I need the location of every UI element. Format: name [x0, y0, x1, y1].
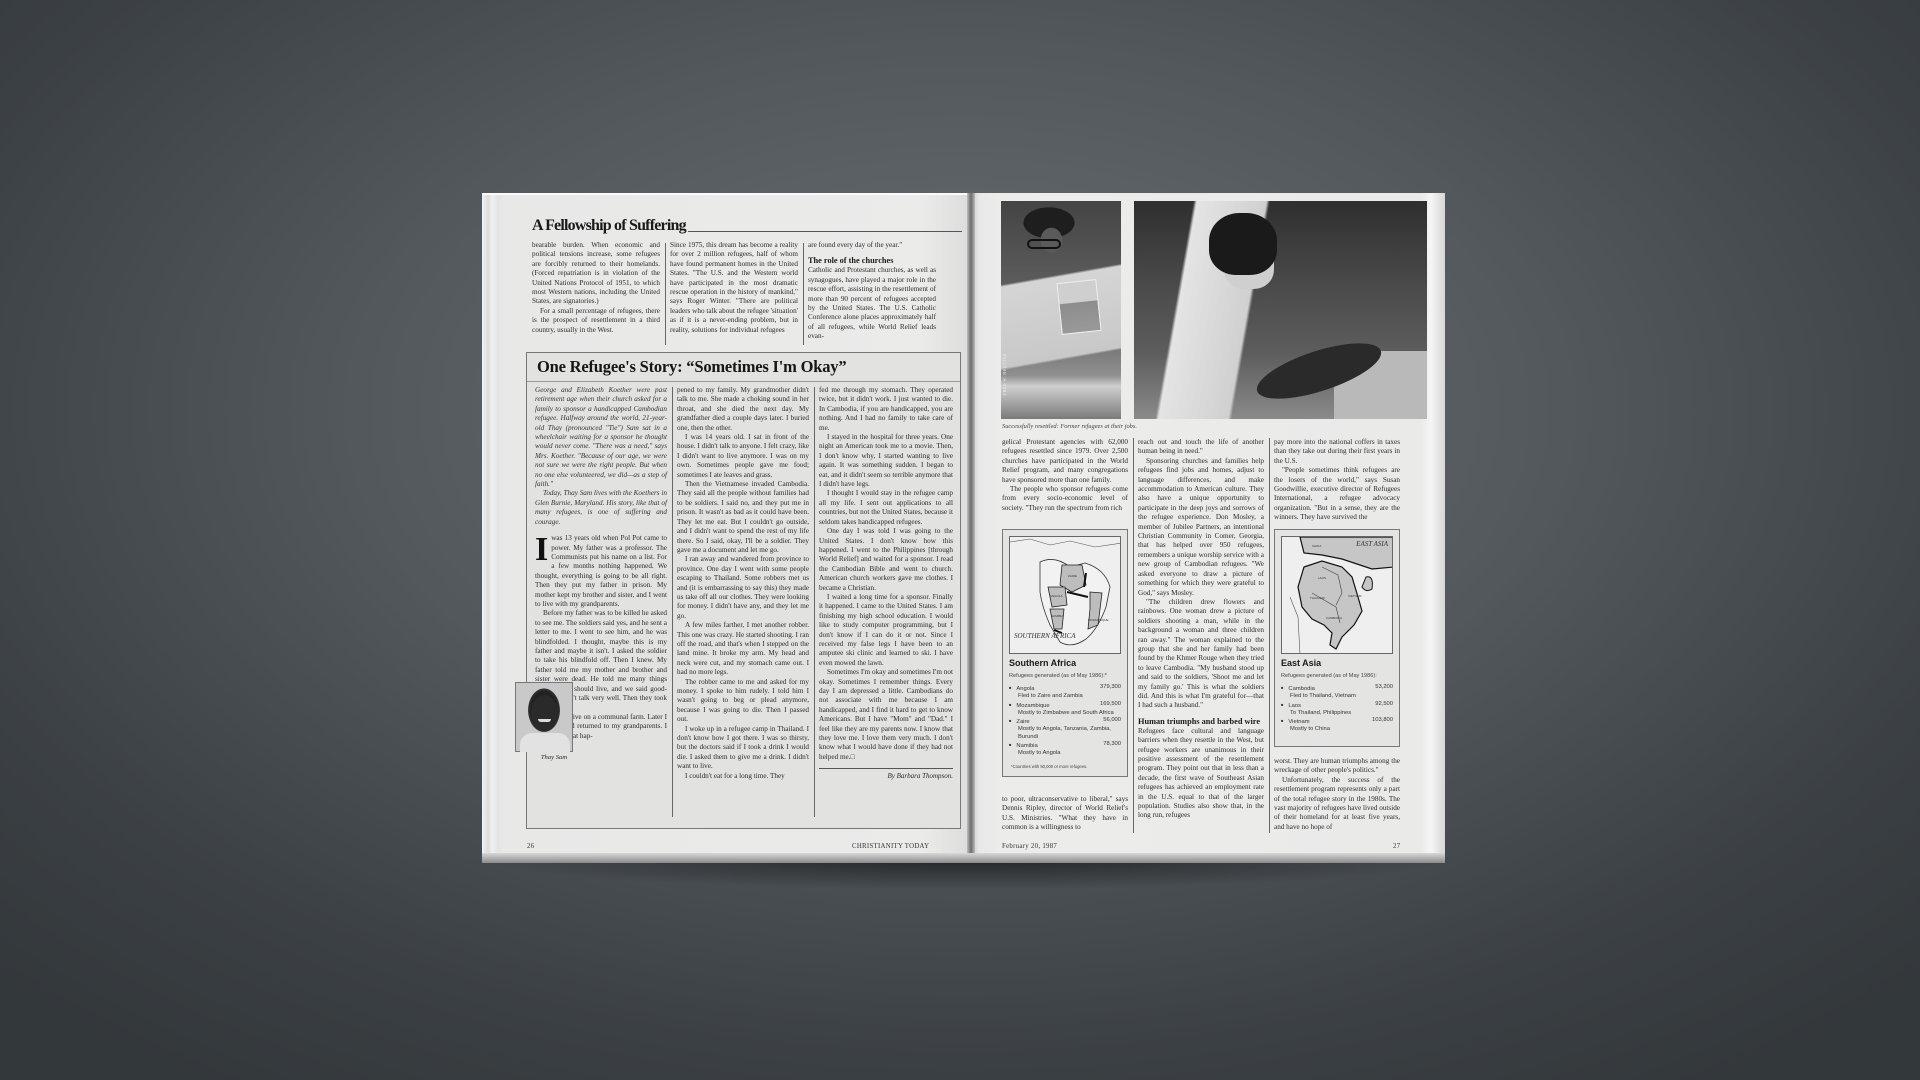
country: Mozambique	[1009, 701, 1050, 710]
story-paragraph: I stayed in the hospital for three years…	[819, 433, 953, 489]
refugee-list-item: Laos92,500To Thailand, Philippines	[1281, 701, 1393, 718]
map-label: EAST ASIA	[1356, 540, 1388, 548]
story-paragraph: I waited a long time for a sponsor. Fina…	[819, 593, 953, 668]
byline-rule	[819, 768, 953, 769]
story-paragraph: I ran away and wandered from province to…	[677, 555, 809, 621]
right-column-1-bottom: to poor, ultraconservative to liberal," …	[1002, 795, 1128, 833]
story-paragraph: Sometimes I'm okay and sometimes I'm not…	[819, 668, 953, 762]
right-column-1-top: gelical Protestant agencies with 62,000 …	[1002, 438, 1128, 513]
page-edge	[482, 853, 1445, 863]
count: 53,200	[1375, 684, 1393, 693]
paragraph: For a small percentage of refugees, ther…	[532, 307, 660, 335]
map-box-subtitle: Refugees generated (as of May 1986):	[1281, 673, 1377, 679]
issue-date: February 20, 1987	[1002, 843, 1057, 850]
refugee-list-item: Cambodia53,200Fled to Thailand, Vietnam	[1281, 684, 1393, 701]
sidebar-headline: One Refugee's Story: “Sometimes I'm Okay…	[537, 357, 846, 377]
photo-smile	[538, 719, 551, 722]
photo-jar	[1056, 279, 1101, 335]
photo-credit: FRED W. HEUTTER	[1002, 353, 1007, 395]
destination: Mostly to China	[1281, 726, 1393, 733]
paragraph: bearable burden. When economic and polit…	[532, 241, 660, 307]
paragraph: pay more into the national coffers in ta…	[1274, 438, 1400, 466]
sidebar-rule	[527, 381, 960, 382]
story-paragraph: I woke up in a refugee camp in Thailand.…	[677, 725, 809, 772]
southern-africa-map-box: ZAIRE ANGOLA NAMIBIA MOZAMBIQUE SOUTHERN…	[1002, 529, 1128, 777]
sidebar-column-2: pened to my family. My grandmother didn'…	[677, 386, 809, 781]
svg-text:ZAIRE: ZAIRE	[1068, 574, 1077, 578]
map-label: SOUTHERN AFRICA	[1014, 633, 1076, 640]
paragraph: are found every day of the year."	[808, 241, 936, 250]
intro-paragraph: George and Elizabeth Koether were past r…	[535, 386, 667, 489]
refugee-list-item: Vietnam103,800Mostly to China	[1281, 717, 1393, 734]
column-divider	[803, 243, 804, 345]
paragraph: to poor, ultraconservative to liberal," …	[1002, 795, 1128, 833]
magazine-spine	[967, 193, 975, 863]
east-asia-map: CHINA LAOS THAILAND VIETNAM CAMBODIA EAS…	[1281, 536, 1393, 654]
column-divider	[672, 387, 673, 817]
svg-text:LAOS: LAOS	[1318, 576, 1326, 580]
story-paragraph: The robber came to me and asked for my m…	[677, 678, 809, 725]
paragraph: Unfortunately, the success of the resett…	[1274, 776, 1400, 832]
magazine-name: CHRISTIANITY TODAY	[852, 843, 929, 850]
right-page: FRED W. HEUTTER Successfully resettled: …	[971, 193, 1445, 863]
country: Namibia	[1009, 741, 1038, 750]
svg-text:CAMBODIA: CAMBODIA	[1326, 616, 1342, 620]
story-paragraph: Then the Vietnamese invaded Cambodia. Th…	[677, 480, 809, 555]
paragraph: Catholic and Protestant churches, as wel…	[808, 266, 936, 341]
sidebar-column-3: fed me through my stomach. They operated…	[819, 386, 953, 782]
refugee-list-item: Angola379,300Fled to Zaire and Zambia	[1009, 684, 1121, 701]
story-paragraph: I was 13 years old when Pol Pot came to …	[535, 534, 667, 609]
column-divider	[665, 243, 666, 345]
refugee-list-item: Mozambique169,500Mostly to Zimbabwe and …	[1009, 701, 1121, 718]
country: Zaire	[1009, 717, 1030, 726]
destination: Fled to Thailand, Vietnam	[1281, 693, 1393, 700]
count: 78,300	[1103, 741, 1121, 750]
running-head: A Fellowship of Suffering	[532, 213, 962, 235]
map-box-title: Southern Africa	[1009, 658, 1076, 668]
right-column-3-top: pay more into the national coffers in ta…	[1274, 438, 1400, 523]
svg-text:THAILAND: THAILAND	[1310, 596, 1326, 600]
article-column-2: Since 1975, this dream has become a real…	[670, 241, 798, 335]
paragraph: Refugees face cultural and language barr…	[1138, 727, 1264, 821]
right-column-3-bottom: worst. They are human triumphs among the…	[1274, 757, 1400, 832]
subhead: Human triumphs and barbed wire	[1138, 717, 1264, 727]
photo-shirt	[520, 733, 570, 752]
running-head-rule	[688, 231, 962, 232]
sidebar-box: One Refugee's Story: “Sometimes I'm Okay…	[526, 352, 961, 829]
paragraph: The people who sponsor refugees come fro…	[1002, 485, 1128, 513]
story-paragraph: fed me through my stomach. They operated…	[819, 386, 953, 433]
count: 103,800	[1372, 717, 1393, 726]
story-paragraph: One day I was told I was going to the Un…	[819, 527, 953, 593]
refugee-list-item: Zaire56,000Mostly to Angola, Tanzania, Z…	[1009, 717, 1121, 741]
story-paragraph: pened to my family. My grandmother didn'…	[677, 386, 809, 433]
photo-caption: Successfully resettled: Former refugees …	[1002, 423, 1137, 430]
svg-text:CHINA: CHINA	[1312, 544, 1321, 548]
story-paragraph: I couldn't eat for a long time. They	[677, 772, 809, 781]
story-text: was 13 years old when Pol Pot came to po…	[535, 534, 667, 608]
paragraph: gelical Protestant agencies with 62,000 …	[1002, 438, 1128, 485]
refugee-list-item: Namibia78,300Mostly to Angola	[1009, 741, 1121, 758]
destination: Mostly to Angola, Tanzania, Zambia, Buru…	[1009, 726, 1121, 741]
southern-africa-map: ZAIRE ANGOLA NAMIBIA MOZAMBIQUE SOUTHERN…	[1009, 536, 1121, 654]
byline: By Barbara Thompson.	[819, 772, 953, 781]
count: 92,500	[1375, 701, 1393, 710]
page-number: 27	[1393, 843, 1400, 850]
country: Laos	[1281, 701, 1301, 710]
refugee-worker-photo-2	[1134, 201, 1427, 419]
map-box-subtitle: Refugees generated (as of May 1986):*	[1009, 673, 1107, 679]
paragraph: "The children drew flowers and rainbows.…	[1138, 598, 1264, 711]
refugee-list: Angola379,300Fled to Zaire and Zambia Mo…	[1009, 684, 1121, 758]
destination: To Thailand, Philippines	[1281, 710, 1393, 717]
running-head-title: A Fellowship of Suffering	[532, 217, 686, 235]
story-paragraph: I was 14 years old. I sat in front of th…	[677, 433, 809, 480]
paragraph: worst. They are human triumphs among the…	[1274, 757, 1400, 776]
photo-face	[531, 695, 558, 731]
left-page: A Fellowship of Suffering bearable burde…	[482, 193, 971, 863]
paragraph: reach out and touch the life of another …	[1138, 438, 1264, 457]
count: 56,000	[1103, 717, 1121, 726]
intro-paragraph: Today, Thay Sam lives with the Koethers …	[535, 489, 667, 527]
photo-hair	[1209, 213, 1277, 275]
refugee-worker-photo-1	[1001, 201, 1121, 419]
right-column-2: reach out and touch the life of another …	[1138, 438, 1264, 821]
paragraph: Sponsoring churches and families help re…	[1138, 457, 1264, 598]
thay-sam-photo-block: Thay Sam	[515, 680, 585, 754]
destination: Fled to Zaire and Zambia	[1009, 693, 1121, 700]
column-divider	[814, 387, 815, 817]
destination: Mostly to Zimbabwe and South Africa	[1009, 710, 1121, 717]
thay-sam-photo	[515, 682, 573, 752]
story-paragraph: I thought I would stay in the refugee ca…	[819, 489, 953, 527]
dropcap: I	[535, 536, 548, 563]
refugee-list: Cambodia53,200Fled to Thailand, Vietnam …	[1281, 684, 1393, 734]
svg-text:NAMIBIA: NAMIBIA	[1051, 614, 1063, 618]
svg-text:MOZAMBIQUE: MOZAMBIQUE	[1088, 618, 1109, 622]
magazine-spread: A Fellowship of Suffering bearable burde…	[482, 193, 1445, 863]
east-asia-map-box: CHINA LAOS THAILAND VIETNAM CAMBODIA EAS…	[1274, 529, 1400, 747]
column-divider	[1269, 438, 1270, 833]
article-column-3: are found every day of the year." The ro…	[808, 241, 936, 342]
paragraph: Since 1975, this dream has become a real…	[670, 241, 798, 335]
photo-glasses	[1027, 239, 1061, 249]
svg-text:ANGOLA: ANGOLA	[1050, 594, 1063, 598]
count: 169,500	[1100, 701, 1121, 710]
article-column-1: bearable burden. When economic and polit…	[532, 241, 660, 335]
country: Angola	[1009, 684, 1034, 693]
photo-caption: Thay Sam	[525, 754, 583, 761]
footnote: *Countries with 50,000 or more refugees.	[1011, 764, 1087, 769]
country: Vietnam	[1281, 717, 1310, 726]
subhead: The role of the churches	[808, 256, 936, 266]
page-number: 26	[527, 843, 534, 850]
east-asia-map-graphic: CHINA LAOS THAILAND VIETNAM CAMBODIA	[1282, 537, 1393, 654]
svg-text:VIETNAM: VIETNAM	[1348, 594, 1362, 598]
count: 379,300	[1100, 684, 1121, 693]
story-paragraph: A few miles farther, I met another robbe…	[677, 621, 809, 677]
country: Cambodia	[1281, 684, 1315, 693]
map-box-title: East Asia	[1281, 658, 1321, 668]
column-divider	[1133, 438, 1134, 833]
destination: Mostly to Angola	[1009, 750, 1121, 757]
paragraph: "People sometimes think refugees are the…	[1274, 466, 1400, 522]
